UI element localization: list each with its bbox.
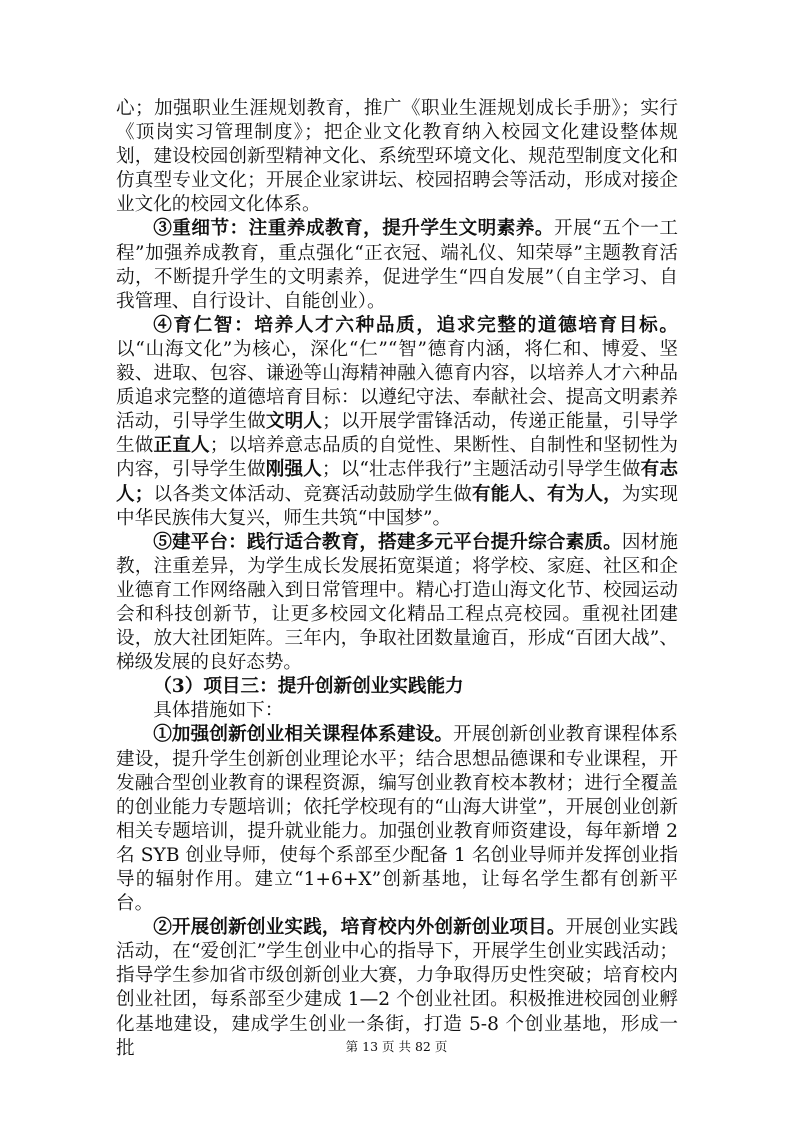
text-run: 以各类文体活动、竞赛活动鼓励学生做 <box>153 484 472 505</box>
paragraph-continuation: 心；加强职业生涯规划教育，推广《职业生涯规划成长手册》；实行《顶岗实习管理制度》… <box>116 97 678 217</box>
paragraph-item-5: ⑤建平台：践行适合教育，搭建多元平台提升综合素质。因材施教，注重差异，为学生成长… <box>116 531 678 676</box>
text-run-bold: 有能人、有为人， <box>472 484 622 505</box>
text-run-bold: ⑤建平台：践行适合教育，搭建多元平台提升综合素质。 <box>153 532 622 553</box>
text-run-bold: 刚强人 <box>266 459 322 480</box>
text-run-bold: ④育仁智：培养人才六种品质，追求完整的道德培育目标。 <box>153 315 678 336</box>
paragraph-measure-1: ①加强创新创业相关课程体系建设。开展创新创业教育课程体系建设，提升学生创新创业理… <box>116 723 678 916</box>
text-run-bold: ③重细节：注重养成教育，提升学生文明素养。 <box>153 218 554 239</box>
paragraph-item-3: ③重细节：注重养成教育，提升学生文明素养。开展“五个一工程”加强养成教育，重点强… <box>116 217 678 313</box>
text-run-bold: ②开展创新创业实践，培育校内外创新创业项目。 <box>153 917 565 938</box>
text-run: ；以“壮志伴我行”主题活动引导学生做 <box>322 459 641 480</box>
text-run-bold: ①加强创新创业相关课程体系建设。 <box>153 724 453 745</box>
document-body: 心；加强职业生涯规划教育，推广《职业生涯规划成长手册》；实行《顶岗实习管理制度》… <box>116 97 678 1061</box>
text-run: 开展创新创业教育课程体系建设，提升学生创新创业理论水平；结合思想品德课和专业课程… <box>116 724 678 914</box>
text-run-bold: 文明人 <box>266 411 322 432</box>
text-run: 具体措施如下： <box>153 700 283 721</box>
heading-text: （3）项目三：提升创新创业实践能力 <box>153 676 463 697</box>
paragraph-measures-intro: 具体措施如下： <box>116 699 678 723</box>
section-heading-project-3: （3）项目三：提升创新创业实践能力 <box>116 675 678 699</box>
text-run: 心；加强职业生涯规划教育，推广《职业生涯规划成长手册》；实行《顶岗实习管理制度》… <box>116 98 678 215</box>
paragraph-item-4: ④育仁智：培养人才六种品质，追求完整的道德培育目标。以“山海文化”为核心，深化“… <box>116 314 678 531</box>
document-page: 心；加强职业生涯规划教育，推广《职业生涯规划成长手册》；实行《顶岗实习管理制度》… <box>0 0 793 1122</box>
text-run-bold: 正直人 <box>153 435 209 456</box>
page-number: 第 13 页 共 82 页 <box>0 1037 793 1055</box>
